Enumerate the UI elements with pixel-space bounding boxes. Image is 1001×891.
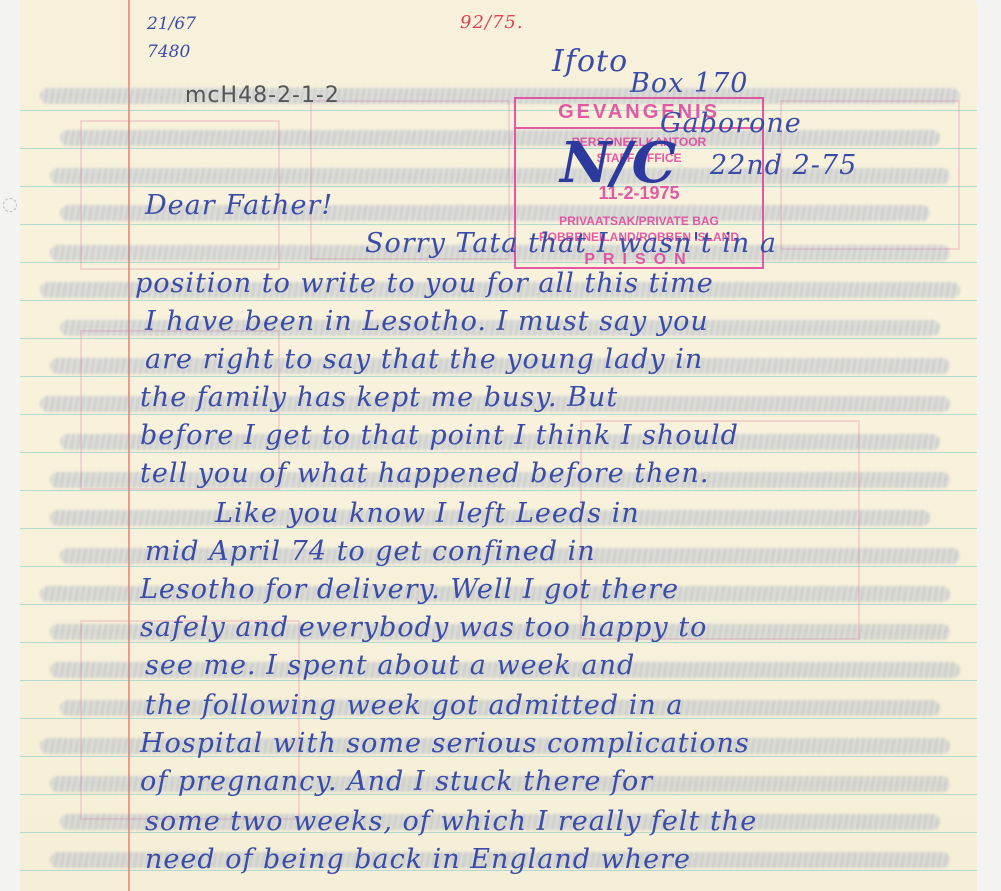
ghost-stamp [580, 420, 860, 640]
letter-paper: 21/67 7480 92/75. mcH48-2-1-2 GEVANGENIS… [20, 0, 977, 891]
letter-date: 22nd 2-75 [710, 150, 857, 181]
reference-number-2: 7480 [147, 42, 190, 62]
salutation: Dear Father! [145, 190, 333, 221]
address-line1: Box 170 [630, 68, 748, 99]
body-line: need of being back in England where [145, 844, 691, 875]
reference-number-1: 21/67 [147, 14, 196, 34]
ruled-line [20, 300, 977, 301]
body-line: safely and everybody was too happy to [140, 612, 707, 643]
body-line: some two weeks, of which I really felt t… [145, 806, 757, 837]
pencil-scribble [60, 130, 940, 146]
body-line: tell you of what happened before then. [140, 458, 709, 489]
body-line: Hospital with some serious complications [140, 728, 750, 759]
body-line: I have been in Lesotho. I must say you [145, 306, 709, 337]
body-line: of pregnancy. And I stuck there for [140, 766, 653, 797]
body-line: Sorry Tata that I wasn't in a [365, 228, 777, 259]
body-line: Lesotho for delivery. Well I got there [140, 574, 679, 605]
body-line: see me. I spent about a week and [145, 650, 635, 681]
body-line: before I get to that point I think I sho… [140, 420, 739, 451]
body-line: are right to say that the young lady in [145, 344, 703, 375]
stamp-line3: PRIVAATSAK/PRIVATE BAG [516, 214, 762, 228]
body-line: the family has kept me busy. But [140, 382, 618, 413]
body-line: the following week got admitted in a [145, 690, 683, 721]
body-line: position to write to you for all this ti… [135, 268, 714, 299]
pencil-scribble [40, 88, 960, 104]
file-reference: mcH48-2-1-2 [185, 83, 340, 108]
censor-mark: N/C [560, 130, 676, 196]
body-line: Like you know I left Leeds in [215, 498, 640, 529]
address-line2: Gaborone [660, 108, 802, 139]
red-reference-number: 92/75. [460, 12, 524, 33]
paper-punch-mark [3, 198, 17, 212]
body-line: mid April 74 to get confined in [145, 536, 596, 567]
initials-mark: Ifoto [552, 44, 628, 79]
